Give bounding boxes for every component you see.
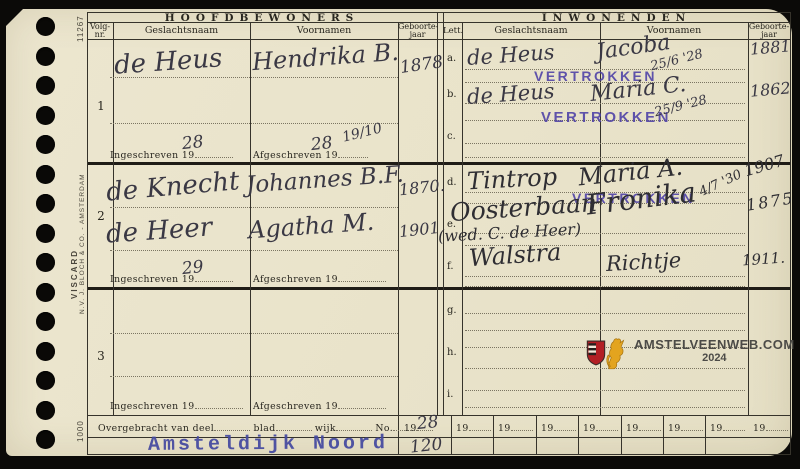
dotted-writing-line (465, 143, 745, 144)
watermark-text: AMSTELVEENWEB.COM 2024 (634, 337, 795, 364)
volgnr-1: 1 (94, 99, 108, 113)
ingeschreven-label: Ingeschreven 19 (110, 148, 233, 161)
year-printed: 19 (710, 423, 723, 434)
punch-hole (36, 430, 55, 449)
dotted-fill (469, 421, 491, 431)
birthyear-handwritten: 1875 (745, 190, 796, 213)
table-line (578, 415, 579, 455)
punch-hole (36, 47, 55, 66)
punch-hole (36, 106, 55, 125)
col-header-firstnames-left: Voornamen (250, 26, 398, 36)
watermark-site: AMSTELVEENWEB.COM (634, 337, 795, 352)
table-line (790, 12, 791, 455)
departure-date-handwritten: 4/7 '30 (697, 168, 743, 199)
firstnames-handwritten: Richtje (606, 250, 682, 275)
firstnames-handwritten: Johannes B.F. (245, 164, 404, 198)
row-letter-i: i. (447, 389, 453, 400)
punch-hole (36, 253, 55, 272)
card-serial-bottom: 1000 (76, 420, 85, 442)
afgeschreven-year-handwritten: 28 (310, 135, 333, 154)
punch-hole (36, 165, 55, 184)
col-header-birthyear-left-line2: jaar (410, 30, 426, 39)
birthyear-handwritten: 1870. (398, 178, 445, 199)
afgeschreven-text: Afgeschreven 19 (253, 401, 338, 412)
table-line (663, 415, 664, 455)
col-header-firstnames-right: Voornamen (600, 26, 748, 36)
punch-hole (36, 312, 55, 331)
card-number-handwritten: 120 (409, 436, 443, 456)
section-divider (87, 287, 791, 290)
ingeschreven-year-handwritten: 28 (181, 134, 204, 153)
dotted-fill (554, 421, 576, 431)
afgeschreven-label: Afgeschreven 19 (253, 148, 368, 161)
year-cell: 19 (668, 421, 703, 434)
firstnames-handwritten: Agatha M. (247, 210, 375, 243)
punch-hole (36, 401, 55, 420)
punch-hole (36, 17, 55, 36)
amstelveen-shield-icon (586, 340, 606, 366)
dotted-fill (195, 399, 243, 409)
table-line (443, 12, 444, 415)
punch-hole (36, 371, 55, 390)
year-printed: 19 (668, 423, 681, 434)
dotted-fill (681, 421, 703, 431)
surname-handwritten: Tintrop (466, 165, 557, 194)
col-header-surname-left: Geslachtsnaam (113, 26, 250, 36)
table-line (493, 415, 494, 455)
surname-handwritten: de Heus (113, 45, 223, 79)
dotted-writing-line (110, 333, 398, 334)
section-divider (87, 162, 791, 165)
dotted-fill (336, 421, 372, 431)
scanned-card-photo: { "margin": { "serial_top": "11267", "br… (0, 0, 800, 469)
col-header-volgnr-line2: nr. (95, 30, 106, 39)
year-printed: 19 (753, 423, 766, 434)
year-printed: 19 (583, 423, 596, 434)
dotted-fill (214, 421, 250, 431)
printer-brand: VISCARD (70, 249, 79, 299)
dotted-writing-line (110, 376, 398, 377)
volgnr-3: 3 (94, 349, 108, 363)
surname-handwritten: Walstra (468, 240, 562, 270)
birthyear-handwritten: 1911. (742, 251, 786, 269)
row-letter-f: f. (447, 261, 454, 272)
dotted-fill (338, 272, 386, 282)
col-header-volgnr: Volg-nr. (87, 23, 113, 40)
punch-hole (36, 224, 55, 243)
row-letter-h: h. (447, 347, 457, 358)
dotted-writing-line (465, 157, 745, 158)
table-line (451, 415, 452, 455)
birthyear-handwritten: 1862 (749, 80, 791, 99)
year-printed: 19 (626, 423, 639, 434)
dotted-fill (596, 421, 618, 431)
birthyear-handwritten: 1881 (749, 38, 791, 57)
year-printed: 19 (498, 423, 511, 434)
lion-rampant-icon (604, 337, 628, 370)
row-letter-c: c. (447, 131, 456, 142)
year-cell: 19 (753, 421, 788, 434)
afgeschreven-label: Afgeschreven 19 (253, 272, 386, 285)
table-line (621, 415, 622, 455)
surname-handwritten: de Heus (466, 42, 555, 69)
table-line (536, 415, 537, 455)
card-corner-cut (6, 9, 23, 26)
ingeschreven-text: Ingeschreven 19 (110, 401, 195, 412)
table-line (87, 12, 88, 455)
table-line (705, 415, 706, 455)
dotted-writing-line (465, 330, 745, 331)
vertrokken-stamp: VERTROKKEN (541, 109, 671, 126)
year-printed: 19 (456, 423, 469, 434)
right-section-title: INWONENDEN (443, 12, 790, 24)
firstnames-handwritten: Hendrika B. (251, 40, 399, 74)
dotted-fill (511, 421, 533, 431)
dotted-writing-line (465, 390, 745, 391)
dotted-writing-line (110, 250, 398, 251)
afgeschreven-date-handwritten: 19/10 (341, 121, 384, 144)
row-letter-b: b. (447, 89, 457, 100)
row-letter-d: d. (447, 177, 457, 188)
dotted-writing-line (465, 313, 745, 314)
dotted-writing-line (465, 276, 745, 277)
ingeschreven-year-handwritten: 29 (181, 259, 204, 278)
surname-handwritten: de Knecht (105, 168, 240, 206)
dotted-fill (639, 421, 661, 431)
address-stamp: Amsteldijk Noord (148, 432, 388, 457)
table-line (87, 39, 791, 40)
year-printed: 19 (541, 423, 554, 434)
year-cell: 19 (541, 421, 576, 434)
year-printed: 19 (404, 423, 417, 434)
surname-handwritten: de Heer (105, 214, 213, 247)
year-cell: 19 (456, 421, 491, 434)
dotted-fill (338, 399, 386, 409)
punch-hole (36, 76, 55, 95)
year-cell: 19 (626, 421, 661, 434)
afgeschreven-label: Afgeschreven 19 (253, 399, 386, 412)
ingeschreven-label: Ingeschreven 19 (110, 399, 243, 412)
printer-brand-sub: N.V. J. BLOCH & CO. - AMSTERDAM (79, 173, 86, 314)
year-cell: 19 (710, 421, 745, 434)
col-header-surname-right: Geslachtsnaam (462, 26, 600, 36)
watermark-year: 2024 (634, 352, 795, 364)
dotted-fill (276, 421, 312, 431)
watermark: AMSTELVEENWEB.COM 2024 (586, 337, 795, 370)
card-serial-top: 11267 (76, 15, 85, 42)
dotted-writing-line (110, 123, 398, 124)
dotted-fill (723, 421, 745, 431)
table-line (398, 22, 399, 415)
register-card: 11267 VISCARD N.V. J. BLOCH & CO. - AMST… (6, 9, 792, 456)
year-cell: 19 (583, 421, 618, 434)
birthyear-handwritten: 1901 (398, 220, 440, 240)
punch-hole (36, 342, 55, 361)
row-letter-a: a. (447, 53, 456, 64)
transfer-label-deel: Overgebracht van deel (98, 423, 214, 434)
table-line (87, 415, 791, 416)
left-section-title: HOOFDBEWONERS (87, 12, 437, 24)
dotted-writing-line (465, 286, 745, 287)
dotted-fill (766, 421, 788, 431)
punch-hole (36, 283, 55, 302)
row-letter-g: g. (447, 305, 457, 316)
punch-hole (36, 194, 55, 213)
ingeschreven-label: Ingeschreven 19 (110, 272, 233, 285)
afgeschreven-text: Afgeschreven 19 (253, 274, 338, 285)
dotted-fill (338, 148, 368, 158)
col-header-birthyear-left: Geboorte-jaar (398, 23, 437, 40)
first-year-handwritten: 28 (416, 414, 439, 433)
year-cell: 19 (498, 421, 533, 434)
col-header-lett: Lett. (443, 27, 462, 36)
punch-hole (36, 135, 55, 154)
dotted-writing-line (465, 407, 745, 408)
